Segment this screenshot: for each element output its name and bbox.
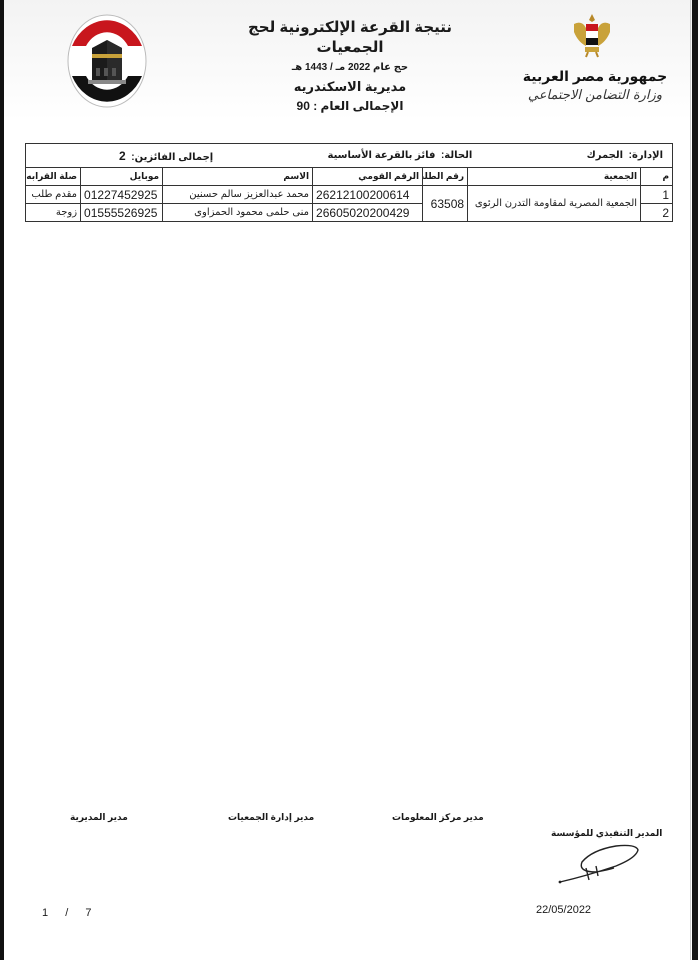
sig-associations-manager: مدير إدارة الجمعيات [228, 812, 314, 823]
handwritten-signature-icon [556, 842, 646, 892]
sig-directorate-manager: مدير المديرية [70, 812, 128, 823]
person-name: منى حلمى محمود الحمزاوى [163, 204, 313, 222]
col-header-association: الجمعية [468, 168, 641, 186]
col-header-name: الاسم [163, 168, 313, 186]
page-edge-left [0, 0, 4, 960]
table-header-row: م الجمعية رقم الطلب الرقم القومي الاسم م… [26, 168, 673, 186]
grand-total: الإجمالى العام : 90 [220, 97, 480, 115]
page-current: 1 [42, 907, 48, 919]
sig-executive-director: المدير التنفيذي للمؤسسة [551, 828, 662, 839]
col-header-index: م [641, 168, 673, 186]
relation: مقدم طلب [26, 186, 81, 204]
relation: زوجة [26, 204, 81, 222]
person-name: محمد عبدالعزيز سالم حسنين [163, 186, 313, 204]
document-title: نتيجة القرعة الإلكترونية لحج الجمعيات [220, 18, 480, 58]
national-id: 26605020200429 [313, 204, 423, 222]
page-edge-right [692, 0, 698, 960]
national-id: 26212100200614 [313, 186, 423, 204]
col-header-relation: صلة القرابه [26, 168, 81, 186]
request-number: 63508 [423, 186, 468, 222]
col-header-mobile: موبايل [81, 168, 163, 186]
ministry-branding: جمهورية مصر العربية وزارة التضامن الاجتم… [505, 66, 685, 106]
print-date: 22/05/2022 [536, 904, 591, 916]
sig-info-center-manager: مدير مركز المعلومات [392, 812, 484, 823]
page-separator: / [65, 907, 68, 919]
row-index: 1 [641, 186, 673, 204]
table-row: 1 الجمعية المصرية لمقاومة التدرن الرئوى … [26, 186, 673, 204]
status-value: فائز بالقرعة الأساسية [328, 150, 436, 161]
hajj-year: حج عام 2022 مـ / 1443 هـ [220, 60, 480, 76]
row-index: 2 [641, 204, 673, 222]
winners-total-info: إجمالى الفائزين: 2 [119, 149, 213, 163]
page-total: 7 [85, 907, 91, 919]
document-header: نتيجة القرعة الإلكترونية لحج الجمعيات حج… [220, 18, 480, 115]
col-header-national-id: الرقم القومي [313, 168, 423, 186]
table-info-row: الإدارة: الجمرك الحالة: فائز بالقرعة الأ… [26, 144, 673, 168]
directorate-name: مديرية الاسكندريه [220, 78, 480, 96]
association-name: الجمعية المصرية لمقاومة التدرن الرئوى [468, 186, 641, 222]
kaaba-logo-icon [66, 12, 148, 110]
admin-value: الجمرك [587, 150, 623, 161]
mobile-number: 01227452925 [81, 186, 163, 204]
egypt-eagle-icon [572, 12, 612, 58]
winners-count: 2 [119, 149, 126, 163]
admin-info: الإدارة: الجمرك [587, 150, 663, 161]
status-info: الحالة: فائز بالقرعة الأساسية [328, 150, 473, 161]
col-header-request-number: رقم الطلب [423, 168, 468, 186]
winners-table: الإدارة: الجمرك الحالة: فائز بالقرعة الأ… [25, 143, 672, 222]
country-name: جمهورية مصر العربية [505, 66, 685, 86]
ministry-name: وزارة التضامن الاجتماعي [505, 86, 685, 106]
mobile-number: 01555526925 [81, 204, 163, 222]
page-indicator: 1 / 7 [42, 907, 105, 919]
